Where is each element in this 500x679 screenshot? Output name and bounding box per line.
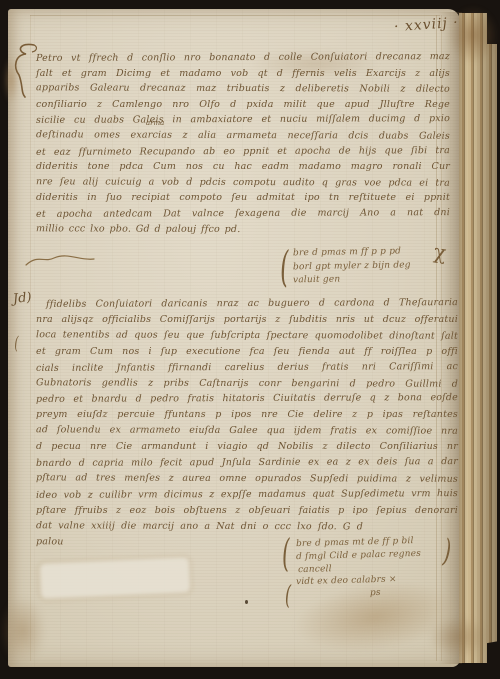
manuscript-line: preym eiuſdz percuie ffuntans p ipos nre… — [36, 407, 458, 423]
manuscript-line: dideritis tone pdca Cum nos cu hac eadm … — [36, 159, 450, 175]
manuscript-line: sicilie cu duabs Galeis in ambaxiatore e… — [36, 111, 450, 128]
manuscript-line: apparibs Galearu drecanaz maz tribuatis … — [36, 80, 450, 97]
manuscript-line: pedro et bnardu d pedro fratis hitatoris… — [36, 391, 458, 409]
manuscript-line: bnardo d capria milo fecit apud Jnſula S… — [36, 454, 458, 472]
manuscript-photo: · xxviij · Petro vt ffrech d conſlio nro… — [0, 0, 500, 679]
backdrop-corner-bottom — [487, 641, 500, 679]
manuscript-line: d pecua nre Cie armandunt i viagio qd No… — [36, 439, 458, 455]
margin-squiggle-icon — [24, 252, 96, 268]
bracket-icon: ( — [279, 242, 290, 292]
manuscript-line: millio ccc lxo pbo. Gd d palouj ffco pd. — [36, 221, 450, 238]
manuscript-line: ps — [296, 585, 460, 602]
backdrop-corner-top — [487, 0, 500, 44]
manuscript-line: loca tenentibs ad quos ſeu que ſubſcript… — [36, 327, 458, 344]
paragraph-mark: Jd) — [12, 290, 32, 307]
manuscript-line: pſtare ffruibs z eoz bois obſtuens z obſ… — [36, 503, 458, 519]
manuscript-line: conſiliario z Camlengo nro Olfo d pxida … — [36, 97, 450, 113]
manuscript-line: et gram Cum nos i ſup executione fca ſeu… — [36, 344, 458, 360]
manuscript-line: et apocha antedcam Dat valnce ſexagena d… — [36, 205, 450, 222]
manuscript-line: pſtaru ad tres menſes z aurea omne opura… — [36, 470, 458, 487]
manuscript-line: cials inclite Jnfantis ffirnandi careliu… — [36, 359, 458, 377]
interlinear-word: arma — [146, 119, 164, 127]
manuscript-line: nre ſeu alij cuicuig a vob d pdcis compo… — [36, 174, 450, 191]
manuscript-line: ffidelibs Conſuiatori daricanis nraz ac … — [36, 295, 458, 313]
bracket-icon: ( — [281, 531, 291, 576]
manuscript-line: valuit gen — [293, 272, 445, 288]
manuscript-line: deſtinadu omes exarcias z alia armameta … — [36, 127, 450, 144]
manuscript-line: dideritis in ſuo recipiat compoto ſeu ad… — [36, 190, 450, 206]
paragraph-2: ffidelibs Conſuiatori daricanis nraz ac … — [36, 296, 458, 551]
manuscript-line: et eaz ffurnimeto Recupando ab eo ppnit … — [36, 143, 450, 160]
book-fore-edge — [459, 13, 497, 663]
marginal-note-mid: bre d pmas m ff p p pdborl gpt myler z b… — [293, 246, 445, 287]
ruling-line-left — [30, 15, 31, 661]
manuscript-line: ad ſoluendu ex armameto eiuſda Galee qua… — [36, 423, 458, 440]
manuscript-line: nra alijsqz officialibs Comiſſarijs port… — [36, 312, 458, 328]
ruling-line-top — [30, 15, 440, 16]
margin-bracket-icon: ( — [14, 333, 18, 354]
manuscript-line: ſalt et gram Dicimg et madamo vob qt d f… — [36, 66, 450, 82]
manuscript-line: Petro vt ffrech d conſlio nro bonanato d… — [36, 49, 450, 66]
paragraph-1: Petro vt ffrech d conſlio nro bonanato d… — [36, 50, 450, 237]
bracket-icon: ( — [285, 581, 291, 611]
manuscript-line: ideo vob z cuilibr vrm dicimus z expſſe … — [36, 486, 458, 504]
marginal-note-bottom: bre d pmas mt de ff p bild ſmgl Cild e p… — [296, 536, 460, 600]
